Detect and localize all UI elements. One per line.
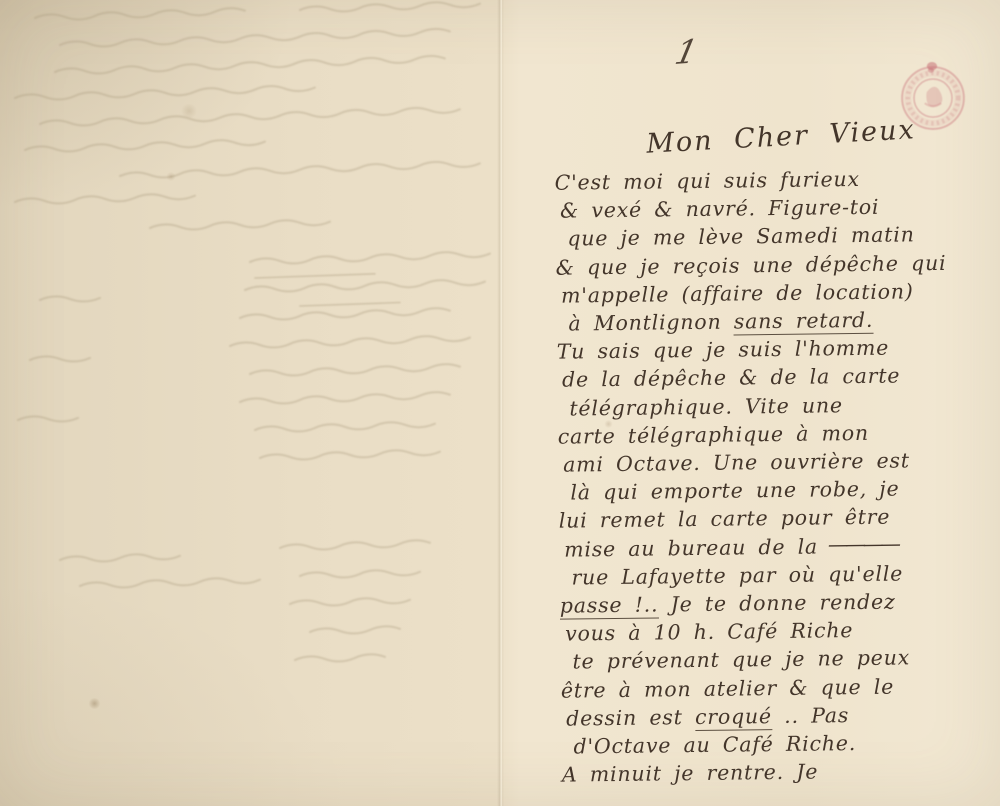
bleedthrough-line [35,8,245,21]
bleedthrough-line [40,295,100,303]
letter-line-segment: de la dépêche & de la carte [562,364,900,392]
bleedthrough-line [230,335,470,349]
letter-line-segment: & que je reçois une dépêche qui [556,251,947,280]
bleedthrough-line [15,85,315,101]
letter-line: A minuit je rentre. Je [562,756,1000,790]
bleedthrough-line [300,569,420,579]
bleedthrough-underline [255,274,375,278]
letter-line-segment: carte télégraphique à mon [558,421,869,449]
page-number: 1 [672,31,711,72]
letter-line-segment: être à mon atelier & que le [561,674,895,702]
letter-page-recto: Mon Cher Vieux C'est moi qui suis furieu… [554,117,1000,789]
letter-line-segment: dessin est [566,705,695,731]
letter-line-segment: m'appelle (affaire de location) [561,279,914,307]
bleedthrough-line [260,449,440,461]
bleedthrough-line [80,577,260,589]
letter-scan: 1 Mon Cher Vieux C'est moi qui suis furi… [0,0,1000,806]
letter-line-segment: à Montlignon [568,310,734,336]
letter-line-segment: ———— [828,529,898,558]
letter-line-segment: te prévenant que je ne peux [572,646,910,674]
letter-line-segment: C'est moi qui suis furieux [555,167,860,195]
bleedthrough-line [55,55,445,75]
letter-line-segment: passe !.. [560,593,659,620]
letter-line-segment: Je te donne rendez [658,590,895,617]
bleedthrough-line [240,392,450,405]
letter-line-segment: vous à 10 h. Café Riche [565,618,853,646]
paper-stain [180,104,198,118]
bleedthrough-line [60,553,180,563]
letter-line-segment: Tu sais que je suis l'homme [557,336,890,364]
bleedthrough-line [150,219,330,231]
letter-line-segment: sans retard. [734,308,874,336]
bleedthrough-line [40,106,460,127]
bleedthrough-underline [300,303,400,306]
bleedthrough-line [290,597,410,607]
bleedthrough-line [310,626,400,635]
letter-line-segment: A minuit je rentre. Je [562,760,819,787]
bleedthrough-line [60,28,450,48]
letter-body: C'est moi qui suis furieux& vexé & navré… [555,163,1000,789]
bleedthrough-line [280,540,430,551]
letter-line-segment: télégraphique. Vite une [569,393,843,420]
bleedthrough-line [30,355,90,363]
letter-line-segment: mise au bureau de la [564,534,818,561]
bleedthrough-line [255,421,435,433]
letter-line-segment: .. Pas [772,703,850,728]
letter-line-segment: croqué [695,704,772,731]
bleedthrough-line [18,415,78,423]
bleedthrough-line [15,193,195,205]
letter-line-segment: d'Octave au Café Riche. [573,731,856,758]
bleedthrough-line [240,308,450,321]
bleedthrough-line [250,364,460,377]
bleedthrough-writing [0,0,500,806]
fold-crease [497,0,504,806]
letter-line-segment: ami Octave. Une ouvrière est [563,448,910,476]
letter-line-segment: & vexé & navré. Figure-toi [560,195,880,223]
bleedthrough-line [295,654,385,663]
letter-line-segment: là qui emporte une robe, je [570,477,899,505]
paper-stain [166,172,176,181]
bleedthrough-line [25,139,265,153]
bleedthrough-line [300,1,480,13]
letter-line-segment: rue Lafayette par où qu'elle [571,561,903,589]
letter-salutation: Mon Cher Vieux [646,110,993,160]
letter-line-segment: que je me lève Samedi matin [567,223,915,251]
bleedthrough-line [245,279,485,293]
bleedthrough-line [250,251,490,265]
paper-stain [88,698,101,709]
letter-line: & que je reçois une dépêche qui [556,248,994,282]
